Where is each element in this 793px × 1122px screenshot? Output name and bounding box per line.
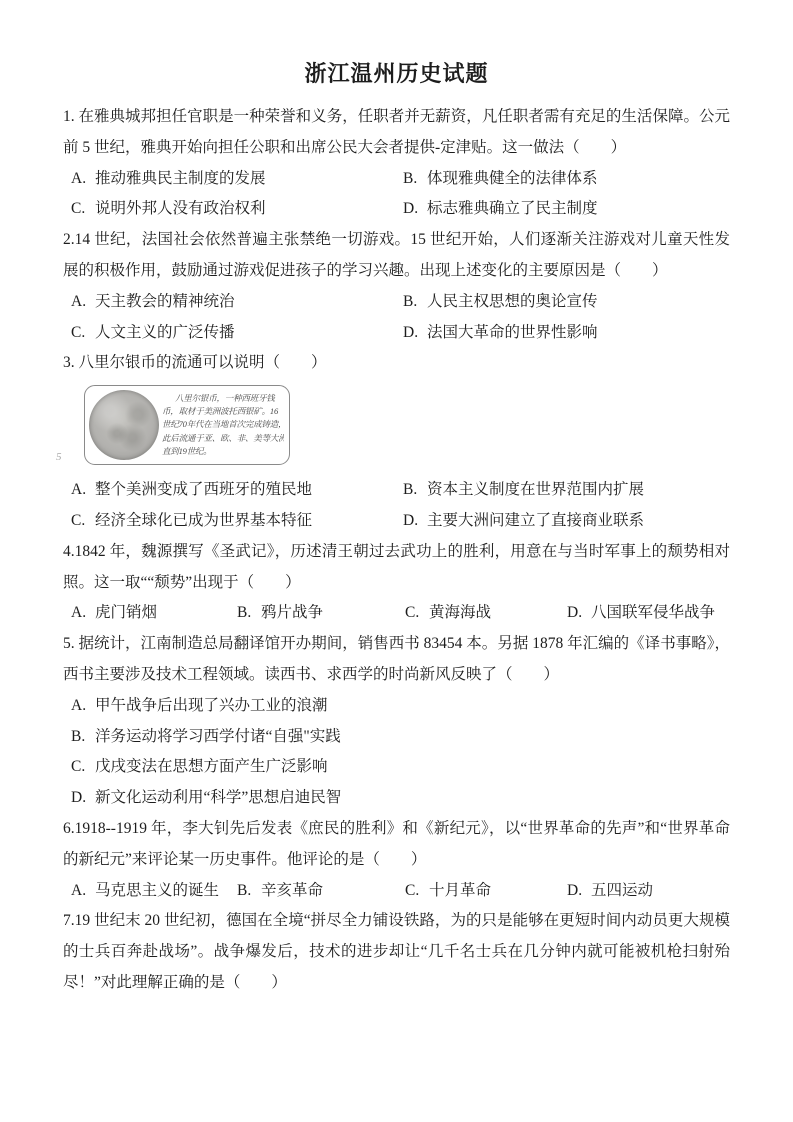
option-text: 十月革命	[429, 882, 491, 899]
q5-option-row-d: D.新文化运动利用“科学”思想启迪民智	[63, 783, 730, 814]
q5-option-c: C.戊戌变法在思想方面产生广泛影响	[71, 758, 328, 775]
scan-artifact: 5	[56, 452, 62, 463]
q2-options-row-2: C.人文主义的广泛传播 D.法国大革命的世界性影响	[63, 318, 730, 349]
q2-option-b: B.人民主权思想的奥论宣传	[403, 287, 730, 318]
option-label: B.	[403, 164, 427, 195]
option-text: 标志雅典确立了民主制度	[427, 200, 598, 217]
option-text: 推动雅典民主制度的发展	[95, 170, 266, 187]
option-text: 戊戌变法在思想方面产生广泛影响	[95, 758, 328, 775]
option-label: C.	[405, 598, 429, 629]
coin-caption-line: 币，取材于美洲波托西银矿。16	[162, 405, 284, 418]
question-5: 5. 据统计，江南制造总局翻译馆开办期间，销售西书 83454 本。另据 187…	[63, 629, 730, 814]
option-text: 甲午战争后出现了兴办工业的浪潮	[95, 697, 328, 714]
option-label: C.	[71, 194, 95, 225]
q5-option-row-c: C.戊戌变法在思想方面产生广泛影响	[63, 752, 730, 783]
option-text: 八国联军侵华战争	[591, 604, 715, 621]
q5-option-row-b: B.洋务运动将学习西学付诸“自强"实践	[63, 722, 730, 753]
option-text: 辛亥革命	[261, 882, 323, 899]
q1-stem: 1. 在雅典城邦担任官职是一种荣誉和义务，任职者并无薪资，凡任职者需有充足的生活…	[63, 102, 730, 164]
exam-page: 浙江温州历史试题 1. 在雅典城邦担任官职是一种荣誉和义务，任职者并无薪资，凡任…	[0, 0, 793, 1122]
coin-caption-line: 此后流通于亚、欧、非、美等大洲，	[162, 432, 284, 445]
option-text: 经济全球化已成为世界基本特征	[95, 512, 312, 529]
option-text: 洋务运动将学习西学付诸“自强"实践	[95, 728, 341, 745]
option-label: D.	[71, 783, 95, 814]
q4-option-c: C.黄海海战	[405, 598, 567, 629]
option-label: B.	[237, 598, 261, 629]
option-label: B.	[237, 876, 261, 907]
q6-option-a: A.马克思主义的诞生	[71, 876, 237, 907]
option-text: 法国大革命的世界性影响	[427, 324, 598, 341]
option-label: D.	[403, 506, 427, 537]
q3-option-a: A.整个美洲变成了西班牙的殖民地	[71, 475, 403, 506]
question-6: 6.1918--1919 年，李大钊先后发表《庶民的胜利》和《新纪元》，以“世界…	[63, 814, 730, 906]
option-label: B.	[403, 475, 427, 506]
q4-stem: 4.1842 年，魏源撰写《圣武记》，历述清王朝过去武功上的胜利，用意在与当时军…	[63, 537, 730, 599]
q6-options-row: A.马克思主义的诞生 B.辛亥革命 C.十月革命 D.五四运动	[63, 876, 730, 907]
q1-options-row-1: A.推动雅典民主制度的发展 B.体现雅典健全的法律体系	[63, 164, 730, 195]
q1-option-b: B.体现雅典健全的法律体系	[403, 164, 730, 195]
q6-option-b: B.辛亥革命	[237, 876, 405, 907]
q4-option-d: D.八国联军侵华战争	[567, 598, 730, 629]
q2-option-c: C.人文主义的广泛传播	[71, 318, 403, 349]
q3-options-row-1: A.整个美洲变成了西班牙的殖民地 B.资本主义制度在世界范围内扩展	[63, 475, 730, 506]
q5-option-d: D.新文化运动利用“科学”思想启迪民智	[71, 789, 341, 806]
option-text: 五四运动	[591, 882, 653, 899]
option-label: C.	[405, 876, 429, 907]
q4-option-b: B.鸦片战争	[237, 598, 405, 629]
coin-caption-line: 世纪70年代在当地首次完成铸造，	[162, 418, 284, 431]
option-label: A.	[71, 475, 95, 506]
q2-option-d: D.法国大革命的世界性影响	[403, 318, 730, 349]
page-title: 浙江温州历史试题	[63, 56, 730, 92]
coin-photo	[89, 390, 159, 460]
option-text: 天主教会的精神统治	[95, 293, 235, 310]
option-text: 说明外邦人没有政治权利	[95, 200, 266, 217]
q5-option-a: A.甲午战争后出现了兴办工业的浪潮	[71, 697, 328, 714]
option-text: 体现雅典健全的法律体系	[427, 170, 598, 187]
q3-stem: 3. 八里尔银币的流通可以说明（ ）	[63, 348, 730, 379]
option-label: A.	[71, 876, 95, 907]
q3-options-row-2: C.经济全球化已成为世界基本特征 D.主要大洲问建立了直接商业联系	[63, 506, 730, 537]
option-label: A.	[71, 287, 95, 318]
option-text: 新文化运动利用“科学”思想启迪民智	[95, 789, 341, 806]
silver-coin-figure: 八里尔银币，一种西班牙钱 币，取材于美洲波托西银矿。16 世纪70年代在当地首次…	[84, 385, 290, 465]
option-text: 资本主义制度在世界范围内扩展	[427, 481, 644, 498]
q7-stem: 7.19 世纪末 20 世纪初，德国在全境“拼尽全力铺设铁路，为的只是能够在更短…	[63, 906, 730, 998]
option-label: B.	[71, 722, 95, 753]
option-label: C.	[71, 752, 95, 783]
option-text: 马克思主义的诞生	[95, 882, 219, 899]
option-text: 整个美洲变成了西班牙的殖民地	[95, 481, 312, 498]
q5-stem: 5. 据统计，江南制造总局翻译馆开办期间，销售西书 83454 本。另据 187…	[63, 629, 730, 691]
option-label: A.	[71, 164, 95, 195]
q4-option-a: A.虎门销烟	[71, 598, 237, 629]
q1-option-a: A.推动雅典民主制度的发展	[71, 164, 403, 195]
q4-options-row: A.虎门销烟 B.鸦片战争 C.黄海海战 D.八国联军侵华战争	[63, 598, 730, 629]
option-text: 虎门销烟	[95, 604, 157, 621]
q3-option-d: D.主要大洲问建立了直接商业联系	[403, 506, 730, 537]
option-label: C.	[71, 506, 95, 537]
option-label: D.	[403, 194, 427, 225]
option-label: D.	[403, 318, 427, 349]
question-4: 4.1842 年，魏源撰写《圣武记》，历述清王朝过去武功上的胜利，用意在与当时军…	[63, 537, 730, 629]
q5-option-b: B.洋务运动将学习西学付诸“自强"实践	[71, 728, 341, 745]
coin-caption: 八里尔银币，一种西班牙钱 币，取材于美洲波托西银矿。16 世纪70年代在当地首次…	[162, 392, 284, 459]
q6-option-c: C.十月革命	[405, 876, 567, 907]
question-1: 1. 在雅典城邦担任官职是一种荣誉和义务，任职者并无薪资，凡任职者需有充足的生活…	[63, 102, 730, 225]
option-label: C.	[71, 318, 95, 349]
question-2: 2.14 世纪，法国社会依然普遍主张禁绝一切游戏。15 世纪开始，人们逐渐关注游…	[63, 225, 730, 348]
q1-option-c: C.说明外邦人没有政治权利	[71, 194, 403, 225]
q2-options-row-1: A.天主教会的精神统治 B.人民主权思想的奥论宣传	[63, 287, 730, 318]
question-7: 7.19 世纪末 20 世纪初，德国在全境“拼尽全力铺设铁路，为的只是能够在更短…	[63, 906, 730, 998]
option-text: 鸦片战争	[261, 604, 323, 621]
q2-stem: 2.14 世纪，法国社会依然普遍主张禁绝一切游戏。15 世纪开始，人们逐渐关注游…	[63, 225, 730, 287]
q6-option-d: D.五四运动	[567, 876, 730, 907]
q3-option-c: C.经济全球化已成为世界基本特征	[71, 506, 403, 537]
question-3: 3. 八里尔银币的流通可以说明（ ） 八里尔银币，一种西班牙钱 币，取材于美洲波…	[63, 348, 730, 536]
q2-option-a: A.天主教会的精神统治	[71, 287, 403, 318]
option-text: 主要大洲问建立了直接商业联系	[427, 512, 644, 529]
option-text: 人文主义的广泛传播	[95, 324, 235, 341]
q3-option-b: B.资本主义制度在世界范围内扩展	[403, 475, 730, 506]
option-label: A.	[71, 691, 95, 722]
coin-caption-line: 八里尔银币，一种西班牙钱	[162, 392, 284, 405]
option-text: 人民主权思想的奥论宣传	[427, 293, 598, 310]
option-label: D.	[567, 876, 591, 907]
option-label: D.	[567, 598, 591, 629]
option-label: A.	[71, 598, 95, 629]
option-text: 黄海海战	[429, 604, 491, 621]
q1-options-row-2: C.说明外邦人没有政治权利 D.标志雅典确立了民主制度	[63, 194, 730, 225]
coin-caption-line: 直到19世纪。	[162, 445, 284, 458]
option-label: B.	[403, 287, 427, 318]
q5-option-row-a: A.甲午战争后出现了兴办工业的浪潮	[63, 691, 730, 722]
q1-option-d: D.标志雅典确立了民主制度	[403, 194, 730, 225]
q6-stem: 6.1918--1919 年，李大钊先后发表《庶民的胜利》和《新纪元》，以“世界…	[63, 814, 730, 876]
